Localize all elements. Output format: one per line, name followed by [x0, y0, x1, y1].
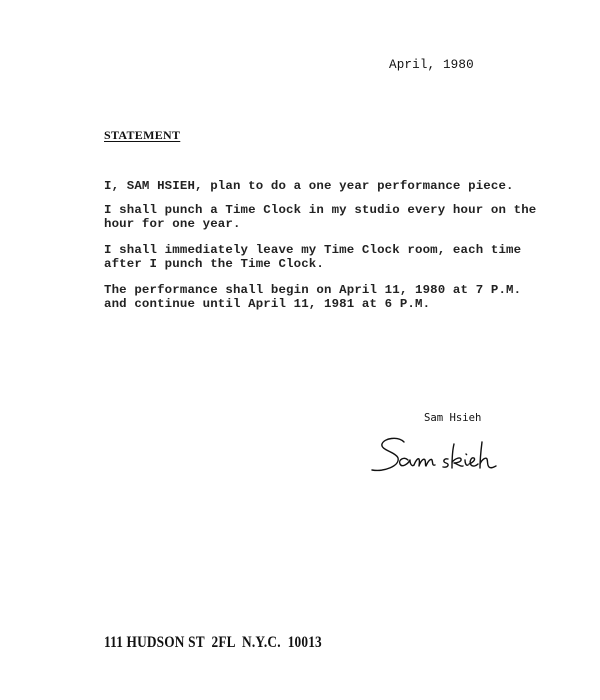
paragraph-line: I, SAM HSIEH, plan to do a one year perf… — [104, 179, 514, 193]
handwritten-signature — [368, 432, 518, 482]
paragraph-line: after I punch the Time Clock. — [104, 257, 324, 271]
letterhead-address: 111 HUDSON ST 2FL N.Y.C. 10013 — [104, 634, 322, 652]
paragraph-line: I shall immediately leave my Time Clock … — [104, 243, 521, 257]
paragraph-line: hour for one year. — [104, 217, 241, 231]
paragraph-line: and continue until April 11, 1981 at 6 P… — [104, 297, 430, 311]
letter-date: April, 1980 — [389, 58, 474, 72]
paragraph-leave-room: I shall immediately leave my Time Clock … — [104, 244, 521, 271]
typed-signatory-name: Sam Hsieh — [424, 412, 481, 424]
paragraph-punch-clock: I shall punch a Time Clock in my studio … — [104, 204, 536, 231]
paragraph-line: The performance shall begin on April 11,… — [104, 283, 521, 297]
paragraph-intent: I, SAM HSIEH, plan to do a one year perf… — [104, 180, 514, 194]
statement-heading: STATEMENT — [104, 128, 180, 143]
paragraph-schedule: The performance shall begin on April 11,… — [104, 284, 521, 311]
paragraph-line: I shall punch a Time Clock in my studio … — [104, 203, 536, 217]
